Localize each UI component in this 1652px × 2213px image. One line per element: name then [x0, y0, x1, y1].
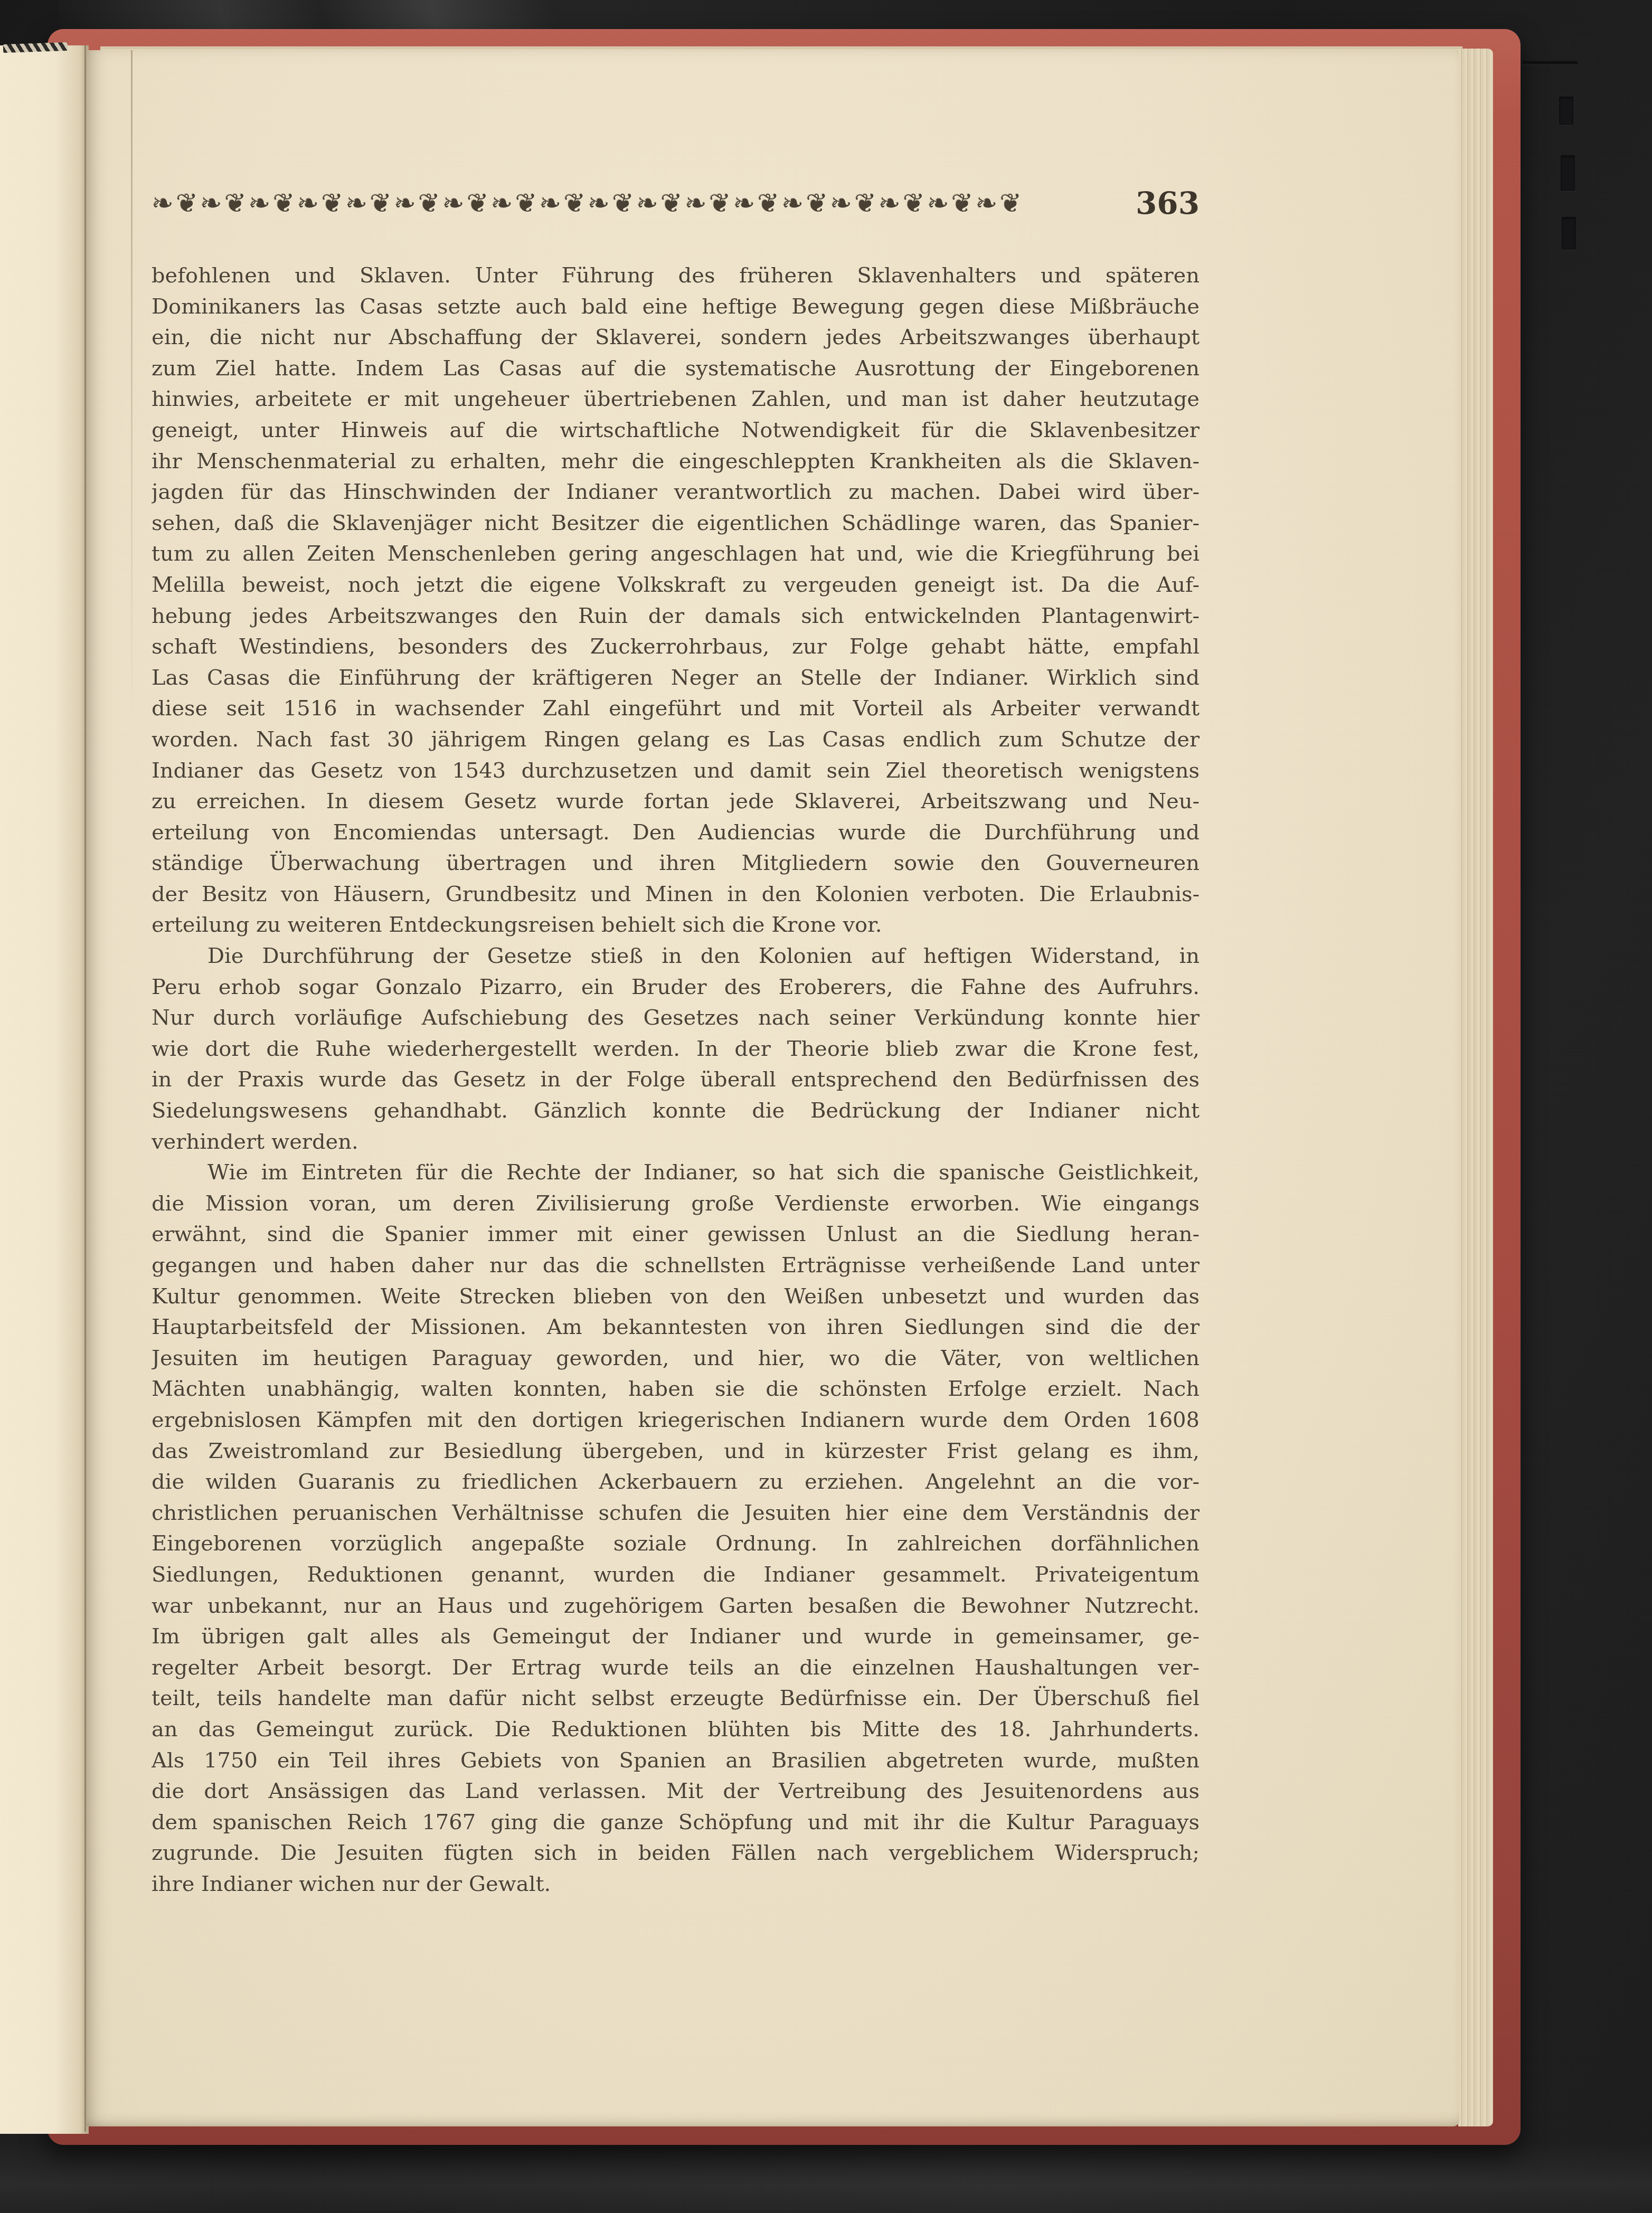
- text-line: diese seit 1516 in wachsender Zahl einge…: [152, 693, 1200, 724]
- text-line: das Zweistromland zur Besiedlung übergeb…: [152, 1436, 1200, 1467]
- text-line: ihre Indianer wichen nur der Gewalt.: [152, 1869, 1200, 1900]
- text-line: Eingeborenen vorzüglich angepaßte sozial…: [152, 1528, 1200, 1559]
- text-line: an das Gemeingut zurück. Die Reduktionen…: [152, 1714, 1200, 1745]
- text-line: hinwies, arbeitete er mit ungeheuer über…: [152, 384, 1200, 415]
- text-line: Wie im Eintreten für die Rechte der Indi…: [152, 1157, 1200, 1188]
- text-line: Melilla beweist, noch jetzt die eigene V…: [152, 570, 1200, 601]
- text-line: befohlenen und Sklaven. Unter Führung de…: [152, 260, 1200, 291]
- text-line: Peru erhob sogar Gonzalo Pizarro, ein Br…: [152, 972, 1200, 1003]
- text-line: verhindert werden.: [152, 1127, 1200, 1158]
- text-line: ein, die nicht nur Abschaffung der Sklav…: [152, 322, 1200, 353]
- text-line: Siedlungen, Reduktionen genannt, wurden …: [152, 1559, 1200, 1591]
- text-line: erteilung zu weiteren Entdeckungsreisen …: [152, 910, 1200, 941]
- text-line: geneigt, unter Hinweis auf die wirtschaf…: [152, 415, 1200, 446]
- text-line: ihr Menschenmaterial zu erhalten, mehr d…: [152, 446, 1200, 477]
- page-crease: [131, 50, 133, 726]
- text-line: wie dort die Ruhe wiederhergestellt werd…: [152, 1034, 1200, 1065]
- binding-mark: [1562, 217, 1576, 250]
- scanned-book-photo: ❧❦❧❦❧❦❧❦❧❦❧❦❧❦❧❦❧❦❧❦❧❦❧❦❧❦❧❦❧❦❧❦❧❦❧❦ 363…: [0, 0, 1652, 2213]
- text-line: Las Casas die Einführung der kräftigeren…: [152, 663, 1200, 694]
- text-line: die wilden Guaranis zu friedlichen Acker…: [152, 1467, 1200, 1498]
- text-line: zugrunde. Die Jesuiten fügten sich in be…: [152, 1838, 1200, 1869]
- binding-mark: [1523, 61, 1578, 64]
- text-line: Mächten unabhängig, walten konnten, habe…: [152, 1374, 1200, 1405]
- text-line: hebung jedes Arbeitszwanges den Ruin der…: [152, 601, 1200, 632]
- text-line: Nur durch vorläufige Aufschiebung des Ge…: [152, 1003, 1200, 1034]
- text-line: der Besitz von Häusern, Grundbesitz und …: [152, 879, 1200, 910]
- text-line: dem spanischen Reich 1767 ging die ganze…: [152, 1807, 1200, 1838]
- text-line: Hauptarbeitsfeld der Missionen. Am bekan…: [152, 1312, 1200, 1343]
- text-line: worden. Nach fast 30 jährigem Ringen gel…: [152, 724, 1200, 755]
- text-line: Die Durchführung der Gesetze stieß in de…: [152, 941, 1200, 972]
- page-number: 363: [1136, 185, 1200, 221]
- body-text: befohlenen und Sklaven. Unter Führung de…: [152, 260, 1200, 1899]
- text-line: war unbekannt, nur an Haus und zugehörig…: [152, 1591, 1200, 1622]
- binding-mark: [1561, 155, 1575, 191]
- paragraph: Die Durchführung der Gesetze stieß in de…: [152, 941, 1200, 1157]
- text-line: Dominikaners las Casas setzte auch bald …: [152, 291, 1200, 323]
- text-line: schaft Westindiens, besonders des Zucker…: [152, 631, 1200, 663]
- paragraph: befohlenen und Sklaven. Unter Führung de…: [152, 260, 1200, 941]
- paragraph: Wie im Eintreten für die Rechte der Indi…: [152, 1157, 1200, 1899]
- header-band: ❧❦❧❦❧❦❧❦❧❦❧❦❧❦❧❦❧❦❧❦❧❦❧❦❧❦❧❦❧❦❧❦❧❦❧❦ 363: [152, 185, 1200, 222]
- page-stack-edges-right: [1458, 49, 1493, 2126]
- text-line: gegangen und haben daher nur das die sch…: [152, 1250, 1200, 1281]
- text-line: Indianer das Gesetz von 1543 durchzusetz…: [152, 755, 1200, 787]
- text-line: regelter Arbeit besorgt. Der Ertrag wurd…: [152, 1652, 1200, 1684]
- text-line: Im übrigen galt alles als Gemeingut der …: [152, 1621, 1200, 1652]
- text-line: die dort Ansässigen das Land verlassen. …: [152, 1776, 1200, 1807]
- text-line: erwähnt, sind die Spanier immer mit eine…: [152, 1219, 1200, 1250]
- text-line: ergebnislosen Kämpfen mit den dortigen k…: [152, 1405, 1200, 1436]
- text-line: zum Ziel hatte. Indem Las Casas auf die …: [152, 353, 1200, 384]
- text-line: Siedelungswesens gehandhabt. Gänzlich ko…: [152, 1095, 1200, 1127]
- text-line: sehen, daß die Sklavenjäger nicht Besitz…: [152, 508, 1200, 539]
- scanner-glare-bottom: [0, 2141, 1652, 2213]
- text-line: christlichen peruanischen Verhältnisse s…: [152, 1498, 1200, 1529]
- facing-page: [0, 45, 89, 2134]
- binding-mark: [1559, 97, 1573, 125]
- text-line: Kultur genommen. Weite Strecken blieben …: [152, 1281, 1200, 1312]
- text-line: ständige Überwachung übertragen und ihre…: [152, 848, 1200, 879]
- text-line: tum zu allen Zeiten Menschenleben gering…: [152, 538, 1200, 570]
- ornament-band-icon: ❧❦❧❦❧❦❧❦❧❦❧❦❧❦❧❦❧❦❧❦❧❦❧❦❧❦❧❦❧❦❧❦❧❦❧❦: [152, 185, 1122, 222]
- text-line: erteilung von Encomiendas untersagt. Den…: [152, 817, 1200, 848]
- text-line: die Mission voran, um deren Zivilisierun…: [152, 1188, 1200, 1219]
- text-line: teilt, teils handelte man dafür nicht se…: [152, 1683, 1200, 1714]
- text-line: Jesuiten im heutigen Paraguay geworden, …: [152, 1343, 1200, 1374]
- text-line: Als 1750 ein Teil ihres Gebiets von Span…: [152, 1745, 1200, 1776]
- text-line: jagden für das Hinschwinden der Indianer…: [152, 477, 1200, 508]
- text-line: in der Praxis wurde das Gesetz in der Fo…: [152, 1064, 1200, 1095]
- text-line: zu erreichen. In diesem Gesetz wurde for…: [152, 786, 1200, 817]
